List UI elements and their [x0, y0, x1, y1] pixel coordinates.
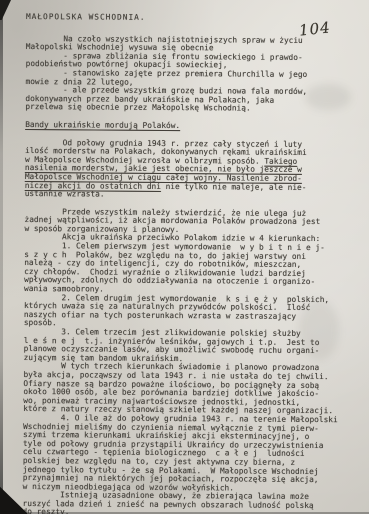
- goal-2: 2. Celem drugim jest wymordowanie k s i …: [24, 294, 346, 331]
- goal-1: 1. Celem pierwszym jest wymordowanie w y…: [24, 242, 346, 296]
- closing-paragraph: Istnieją uzasadnione obawy, że zbierając…: [22, 491, 344, 514]
- scan-artifact-left-edge: [0, 0, 3, 514]
- murder-stats-paragraph: Od połowy grudnia 1943 r. przez cały sty…: [25, 139, 347, 201]
- goal-3: 3. Celem trzecim jest zlikwidowanie pols…: [24, 328, 346, 365]
- document-body: Na czoło wszystkich najistotniejszych sp…: [22, 35, 347, 514]
- three-directions-summary: W tych trzech kierunkach świadomie i pla…: [23, 362, 345, 416]
- doc-title: MAŁOPOLSKA WSCHODNIA.: [26, 13, 348, 24]
- assessment-paragraph: Przede wszystkim należy stwierdzić, że n…: [24, 208, 346, 236]
- document-text: MAŁOPOLSKA WSCHODNIA. Na czoło wszystkic…: [22, 13, 348, 514]
- section-heading: Bandy ukraińskie mordują Polaków.: [25, 121, 347, 132]
- scanned-page: 104 MAŁOPOLSKA WSCHODNIA. Na czoło wszys…: [0, 0, 369, 514]
- goal-4: 4. O ile aż do połowy grudnia 1943 r. na…: [23, 414, 346, 494]
- text-line: przelewa się obecnie przez Małopolskę Ws…: [25, 103, 347, 114]
- text-line: Bandy ukraińskie mordują Polaków.: [25, 121, 347, 132]
- intro-paragraph: Na czoło wszystkich najistotniejszych sp…: [25, 35, 348, 115]
- scan-artifact-top-left-corner: [0, 0, 11, 20]
